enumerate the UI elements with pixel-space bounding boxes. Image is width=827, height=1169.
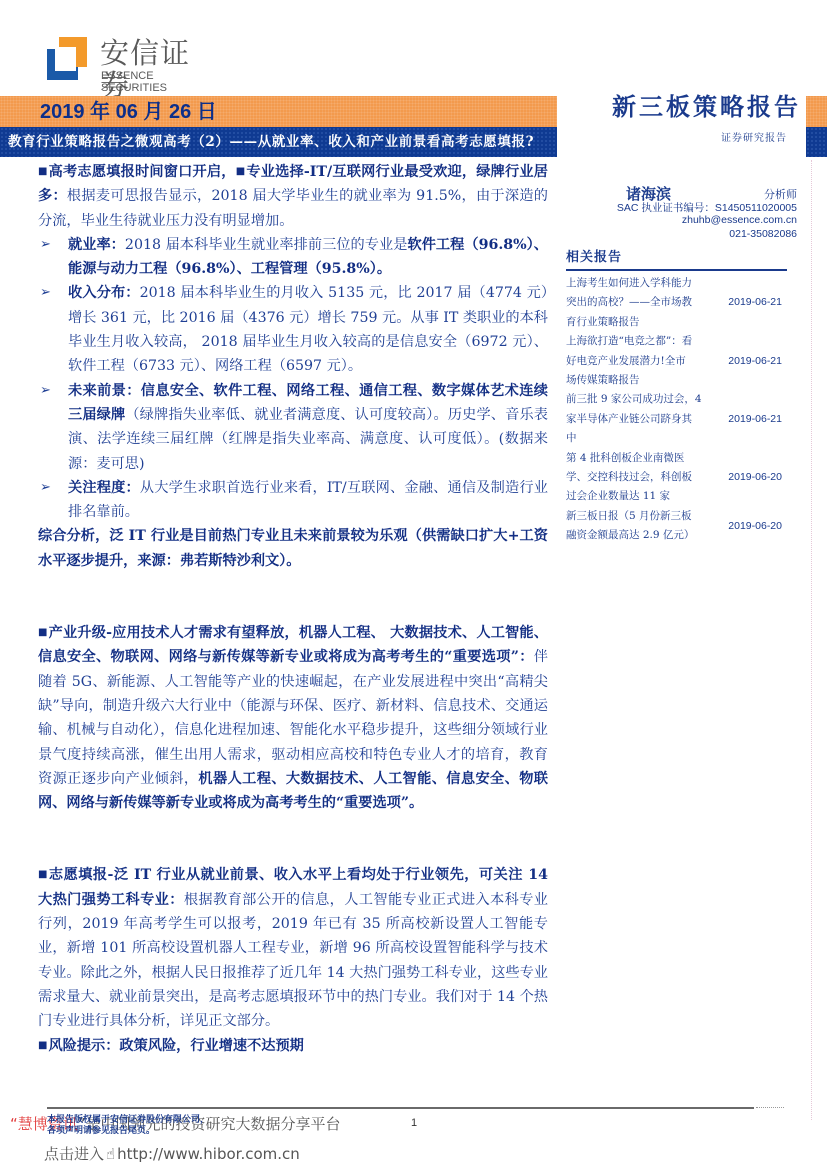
- para-industry-upgrade: ■产业升级-应用技术人才需求有望释放，机器人工程、 大数据技术、人工智能、信息安…: [38, 621, 548, 815]
- margin-guide: [811, 160, 812, 1120]
- logo-mark-icon: [47, 37, 87, 80]
- logo-name-en: ESSENCE SECURITIES: [101, 70, 217, 94]
- related-date: 2019-06-21: [728, 410, 782, 429]
- arrow-bullet-icon: ➢: [40, 281, 51, 305]
- square-bullet-icon: ■: [38, 166, 48, 177]
- report-subtype: 证券研究报告: [721, 129, 787, 144]
- related-date: 2019-06-21: [728, 352, 782, 371]
- summary-body: ■高考志愿填报时间窗口开启，■专业选择-IT/互联网行业最受欢迎，绿牌行业居多：…: [38, 160, 548, 1058]
- company-logo: 安信证券 ESSENCE SECURITIES: [47, 37, 217, 81]
- square-bullet-icon: ■: [38, 1040, 47, 1051]
- para-risk: ■风险提示：政策风险，行业增速不达预期: [38, 1034, 548, 1058]
- copyright-note: 本报告版权属于安信证券股份有限公司， 各项声明请参见报告尾页。: [47, 1115, 209, 1137]
- arrow-bullet-icon: ➢: [40, 476, 51, 500]
- square-bullet-icon: ■: [236, 166, 246, 177]
- related-reports: 相关报告 上海考生如何进入学科能力 突出的高校？——全市场教2019-06-21…: [566, 246, 787, 546]
- right-orange-strip: [806, 96, 827, 127]
- bullet-employment: ➢ 就业率：2018 届本科毕业生就业率排前三位的专业是软件工程（96.8%）、…: [38, 233, 548, 282]
- report-type: 新三板策略报告: [612, 92, 801, 122]
- analyst-sac: SAC 执业证书编号：S1450511020005: [617, 200, 797, 215]
- bullet-prospects: ➢ 未来前景：信息安全、软件工程、网络工程、通信工程、数字媒体艺术连续三届绿牌（…: [38, 379, 548, 476]
- analyst-email[interactable]: zhuhb@essence.com.cn: [682, 214, 797, 226]
- arrow-bullet-icon: ➢: [40, 233, 51, 257]
- report-date: 2019 年 06 月 26 日: [40, 99, 217, 125]
- pointer-hand-icon: ☝: [106, 1145, 115, 1163]
- analyst-phone: 021-35082086: [729, 228, 797, 240]
- page-number: 1: [411, 1117, 417, 1129]
- right-blue-strip: [806, 127, 827, 157]
- related-date: 2019-06-20: [728, 517, 782, 536]
- related-heading: 相关报告: [566, 246, 787, 271]
- bullet-attention: ➢ 关注程度：从大学生求职首选行业来看，IT/互联网、金融、通信及制造行业排名靠…: [38, 476, 548, 525]
- square-bullet-icon: ■: [38, 869, 48, 880]
- bullet-income: ➢ 收入分布：2018 届本科毕业生的月收入 5135 元，比 2017 届（4…: [38, 281, 548, 378]
- arrow-bullet-icon: ➢: [40, 379, 51, 403]
- related-report-item[interactable]: 上海欲打造“电竞之都”：看 好电竞产业发展潜力!全市2019-06-21 场传媒…: [566, 332, 787, 390]
- related-report-item[interactable]: 上海考生如何进入学科能力 突出的高校？——全市场教2019-06-21 育行业策…: [566, 274, 787, 332]
- watermark-link[interactable]: 点击进入☝http://www.hibor.com.cn: [44, 1143, 300, 1164]
- related-date: 2019-06-21: [728, 293, 782, 312]
- footer-divider: [47, 1107, 754, 1109]
- related-date: 2019-06-20: [728, 468, 782, 487]
- related-report-item[interactable]: 第 4 批科创板企业南微医 学、交控科技过会，科创板2019-06-20 过会企…: [566, 449, 787, 507]
- related-report-item[interactable]: 前三批 9 家公司成功过会，4 家半导体产业链公司跻身其2019-06-21 中: [566, 390, 787, 448]
- related-report-item[interactable]: 新三板日报（5 月份新三板 融资金额最高达 2.9 亿元）2019-06-20: [566, 507, 787, 546]
- para-summary: 综合分析，泛 IT 行业是目前热门专业且未来前景较为乐观（供需缺口扩大+工资水平…: [38, 524, 548, 573]
- report-title: 教育行业策略报告之微观高考（2）——从就业率、收入和产业前景看高考志愿填报?: [8, 131, 534, 153]
- square-bullet-icon: ■: [38, 627, 48, 638]
- para-overview: ■高考志愿填报时间窗口开启，■专业选择-IT/互联网行业最受欢迎，绿牌行业居多：…: [38, 160, 548, 233]
- para-application: ■志愿填报-泛 IT 行业从就业前景、收入水平上看均处于行业领先，可关注 14 …: [38, 863, 548, 1033]
